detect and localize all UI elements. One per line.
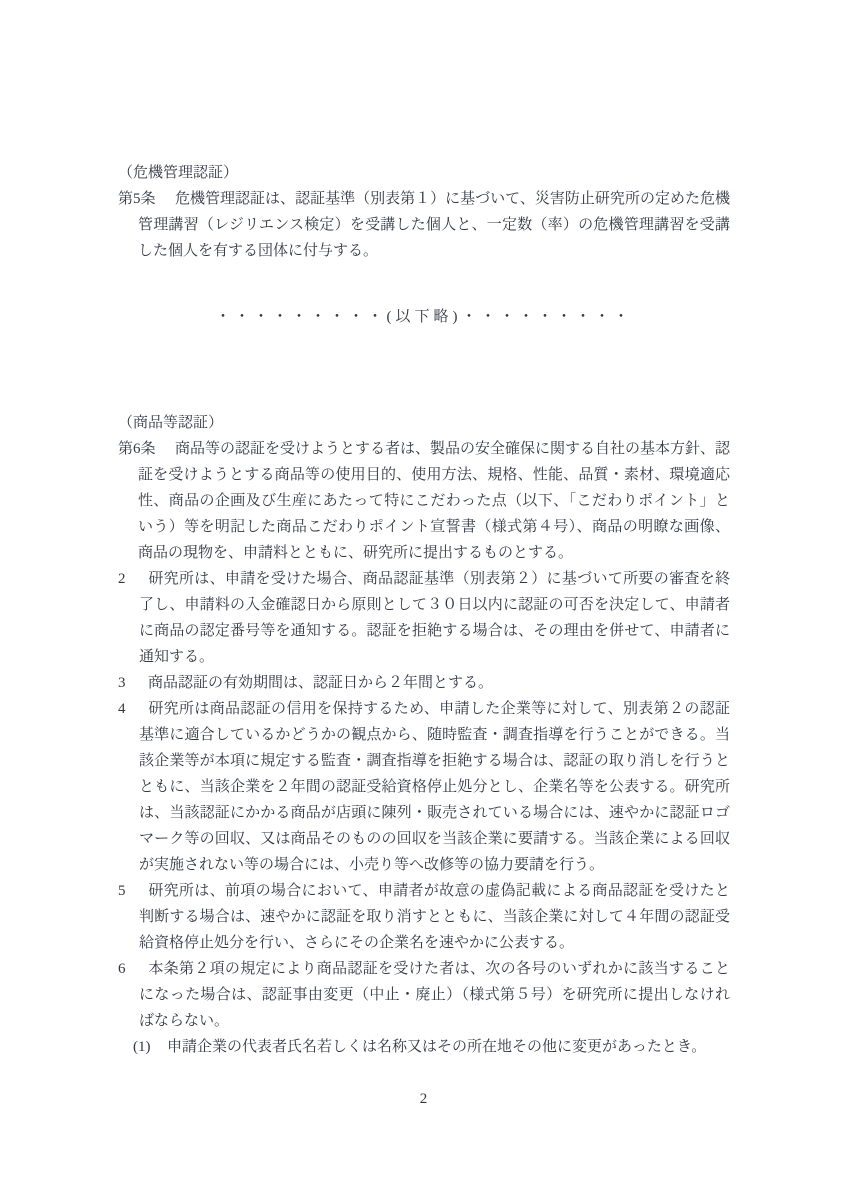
item-5-text: 研究所は、前項の場合において、申請者が故意の虚偽記載による商品認証を受けたと判断…: [139, 883, 730, 951]
article-5: 第5条危機管理認証は、認証基準（別表第１）に基づいて、災害防止研究所の定めた危機…: [118, 186, 730, 264]
article-6-item-6: 6本条第２項の規定により商品認証を受けた者は、次の各号のいずれかに該当することに…: [118, 956, 730, 1034]
item-3-number: 3: [118, 670, 148, 696]
article-6-subitem-1: (1)申請企業の代表者氏名若しくは名称又はその所在地その他に変更があったとき。: [118, 1034, 730, 1060]
subitem-1-text: 申請企業の代表者氏名若しくは名称又はその所在地その他に変更があったとき。: [167, 1039, 706, 1055]
item-4-text: 研究所は商品認証の信用を保持するため、申請した企業等に対して、別表第２の認証基準…: [139, 701, 730, 873]
article-6-item-4: 4研究所は商品認証の信用を保持するため、申請した企業等に対して、別表第２の認証基…: [118, 696, 730, 878]
article-5-label: 第5条: [118, 186, 175, 212]
item-5-number: 5: [118, 878, 148, 904]
item-2-number: 2: [118, 566, 148, 592]
article-6: 第6条商品等の認証を受けようとする者は、製品の安全確保に関する自社の基本方針、認…: [118, 436, 730, 566]
subitem-1-number: (1): [133, 1034, 167, 1060]
section-heading-shohin: （商品等認証）: [118, 410, 730, 436]
article-6-label: 第6条: [118, 436, 175, 462]
page-number: 2: [0, 1086, 847, 1112]
item-2-text: 研究所は、申請を受けた場合、商品認証基準（別表第２）に基づいて所要の審査を終了し…: [139, 571, 730, 665]
section-heading-kiki-kanri: （危機管理認証）: [118, 160, 730, 186]
article-6-item-5: 5研究所は、前項の場合において、申請者が故意の虚偽記載による商品認証を受けたと判…: [118, 878, 730, 956]
item-6-text: 本条第２項の規定により商品認証を受けた者は、次の各号のいずれかに該当することにな…: [139, 961, 730, 1029]
omission-ellipsis-line: ・・・・・・・・・(以下略)・・・・・・・・・: [118, 304, 730, 330]
article-6-item-2: 2研究所は、申請を受けた場合、商品認証基準（別表第２）に基づいて所要の審査を終了…: [118, 566, 730, 670]
document-page: （危機管理認証） 第5条危機管理認証は、認証基準（別表第１）に基づいて、災害防止…: [0, 0, 847, 1200]
article-6-item-3: 3商品認証の有効期間は、認証日から２年間とする。: [118, 670, 730, 696]
document-body: （危機管理認証） 第5条危機管理認証は、認証基準（別表第１）に基づいて、災害防止…: [118, 160, 730, 1060]
item-4-number: 4: [118, 696, 148, 722]
article-5-text: 危機管理認証は、認証基準（別表第１）に基づいて、災害防止研究所の定めた危機管理講…: [138, 191, 730, 259]
item-3-text: 商品認証の有効期間は、認証日から２年間とする。: [148, 675, 493, 691]
item-6-number: 6: [118, 956, 148, 982]
article-6-text: 商品等の認証を受けようとする者は、製品の安全確保に関する自社の基本方針、認証を受…: [138, 441, 730, 561]
